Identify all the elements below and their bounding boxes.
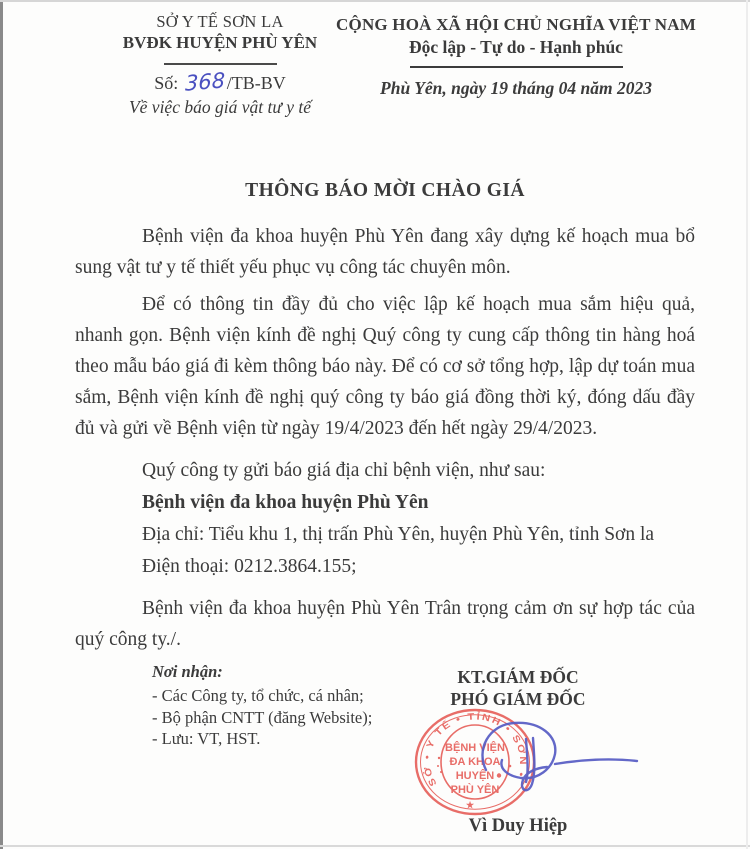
recipient-item: - Bộ phận CNTT (đăng Website);	[152, 707, 372, 729]
recipient-item: - Lưu: VT, HST.	[152, 728, 372, 750]
recipients-label: Nơi nhận:	[152, 662, 372, 682]
header-national-block: CỘNG HOÀ XÃ HỘI CHỦ NGHĨA VIỆT NAM Độc l…	[335, 15, 697, 99]
document-number-suffix: /TB-BV	[227, 73, 286, 93]
national-divider	[410, 66, 623, 68]
paragraph-thanks: Bệnh viện đa khoa huyện Phù Yên Trân trọ…	[75, 593, 695, 655]
hospital-name-line: Bệnh viện đa khoa huyện Phù Yên	[75, 487, 695, 518]
paragraph-request: Để có thông tin đầy đủ cho việc lập kế h…	[75, 289, 695, 444]
signature-title-1: KT.GIÁM ĐỐC	[398, 666, 638, 688]
national-motto: Độc lập - Tự do - Hạnh phúc	[335, 37, 697, 58]
recipients-block: Nơi nhận: - Các Công ty, tổ chức, cá nhâ…	[152, 662, 372, 750]
scan-edge-bottom	[0, 845, 750, 847]
document-subject: Về việc báo giá vật tư y tế	[105, 97, 335, 118]
national-title: CỘNG HOÀ XÃ HỘI CHỦ NGHĨA VIỆT NAM	[335, 15, 697, 35]
scan-edge-right	[746, 0, 748, 849]
issuer-divider	[164, 63, 277, 65]
issuer-parent-org: SỞ Y TẾ SƠN LA	[105, 12, 335, 32]
signature-title-2: PHÓ GIÁM ĐỐC	[398, 688, 638, 710]
document-title: THÔNG BÁO MỜI CHÀO GIÁ	[75, 180, 695, 202]
paragraph-address-intro: Quý công ty gửi báo giá địa chỉ bệnh việ…	[75, 455, 695, 486]
address-line: Địa chỉ: Tiểu khu 1, thị trấn Phù Yên, h…	[75, 519, 695, 550]
scan-edge-top	[0, 0, 750, 2]
signature-scribble	[452, 712, 652, 800]
phone-line: Điện thoại: 0212.3864.155;	[75, 551, 695, 582]
recipient-item: - Các Công ty, tổ chức, cá nhân;	[152, 685, 372, 707]
document-number-line: Số: 368/TB-BV	[105, 73, 335, 94]
paragraph-intro: Bệnh viện đa khoa huyện Phù Yên đang xây…	[75, 221, 695, 283]
place-and-date: Phù Yên, ngày 19 tháng 04 năm 2023	[335, 78, 697, 99]
signature-title-block: KT.GIÁM ĐỐC PHÓ GIÁM ĐỐC	[398, 666, 638, 710]
document-body: Bệnh viện đa khoa huyện Phù Yên đang xây…	[75, 221, 695, 655]
scan-edge-left	[0, 0, 3, 849]
handwritten-doc-number: 368	[185, 71, 225, 93]
issuer-org: BVĐK HUYỆN PHÙ YÊN	[105, 33, 335, 53]
document-number-prefix: Số:	[154, 73, 178, 93]
stamp-star: ★	[466, 800, 475, 810]
header-issuer-block: SỞ Y TẾ SƠN LA BVĐK HUYỆN PHÙ YÊN Số: 36…	[105, 12, 335, 118]
